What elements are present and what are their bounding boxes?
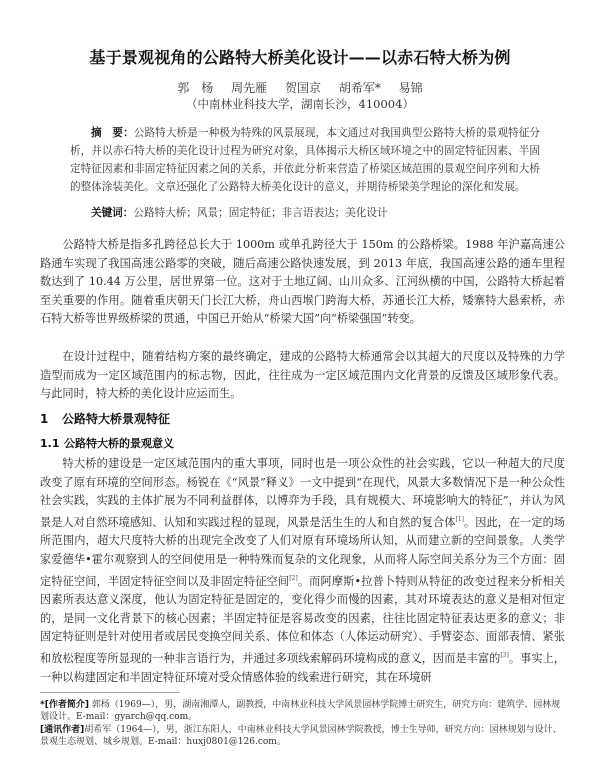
author-list: 郭 杨 周先雁 贺国京 胡希军* 易锦 — [0, 79, 600, 96]
author-name: 易锦 — [399, 81, 423, 95]
footnote-label: *[作者简介] — [40, 700, 89, 710]
abstract-label: 摘 要： — [91, 127, 134, 139]
author-name: 周先雁 — [231, 81, 267, 95]
section-heading-1-1: 1.1公路特大桥的景观意义 — [40, 435, 174, 451]
intro-paragraph-2: 在设计过程中，随着结构方案的最终确定，建成的公路特大桥通常会以其超大的尺度以及特… — [40, 348, 565, 404]
author-name: 贺国京 — [285, 81, 321, 95]
abstract: 摘 要：公路特大桥是一种极为特殊的风景展现，本文通过对我国典型公路特大桥的景观特… — [70, 124, 540, 196]
keywords-label: 关键词： — [91, 207, 133, 219]
section-number: 1.1 — [40, 437, 64, 450]
keywords-text: 公路特大桥；风景；固定特征；非言语表达；美化设计 — [133, 207, 387, 219]
citation: [1] — [455, 516, 464, 523]
section-heading-1: 1公路特大桥景观特征 — [40, 410, 170, 427]
author-name: 胡希军* — [339, 81, 381, 95]
text-run: 。而阿摩斯•拉普卜特则从特征的改变过程来分析相关因素所表达意义深度，他认为固定特… — [40, 575, 565, 665]
section-title: 公路特大桥的景观意义 — [64, 437, 174, 450]
footnote-author: *[作者简介] 郭杨（1969—），男，湖南湘潭人，副教授，中南林业科技大学风景… — [40, 699, 565, 723]
footnote-corresponding: [通讯作者]胡希军（1964—），男，浙江东阳人，中南林业科技大学风景园林学院教… — [40, 724, 565, 748]
citation: [2] — [289, 575, 298, 582]
footnote-text: 胡希军（1964—），男，浙江东阳人，中南林业科技大学风景园林学院教授，博士生导… — [40, 725, 562, 747]
paper-title: 基于景观视角的公路特大桥美化设计——以赤石特大桥为例 — [0, 45, 600, 68]
section-number: 1 — [40, 412, 62, 426]
section-title: 公路特大桥景观特征 — [62, 412, 170, 426]
footnote-label: [通讯作者] — [40, 725, 84, 735]
author-name: 郭 杨 — [177, 81, 213, 95]
keywords: 关键词：公路特大桥；风景；固定特征；非言语表达；美化设计 — [70, 205, 540, 220]
abstract-text: 公路特大桥是一种极为特殊的风景展现，本文通过对我国典型公路特大桥的景观特征分析，… — [70, 127, 540, 193]
affiliation: （中南林业科技大学，湖南长沙，410004） — [0, 96, 600, 112]
section-1-1-paragraph: 特大桥的建设是一定区域范围内的重大事项，同时也是一项公众性的社会实践，它以一种超… — [40, 455, 565, 687]
footnote-divider — [40, 692, 180, 693]
footnote-text: 郭杨（1969—），男，湖南湘潭人，副教授，中南林业科技大学风景园林学院博士研究… — [40, 700, 560, 722]
intro-paragraph-1: 公路特大桥是指多孔跨径总长大于 1000m 或单孔跨径大于 150m 的公路桥梁… — [40, 236, 565, 329]
citation: [3] — [500, 652, 509, 659]
